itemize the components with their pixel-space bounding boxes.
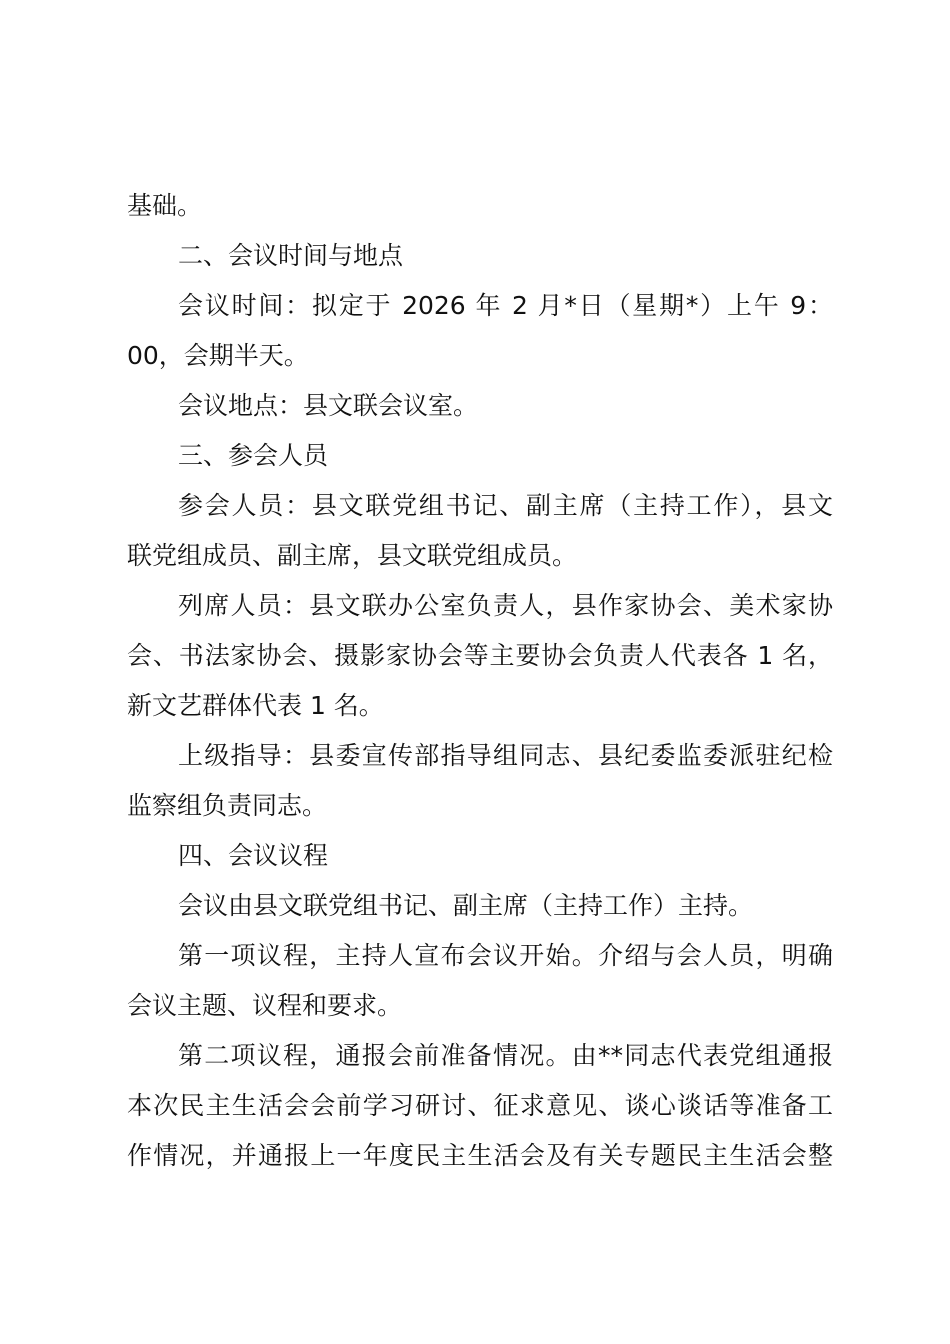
text-line: 会议主题、议程和要求。	[127, 981, 833, 1031]
text-line: 第一项议程，主持人宣布会议开始。介绍与会人员，明确	[127, 931, 833, 981]
text-line: 作情况，并通报上一年度民主生活会及有关专题民主生活会整	[127, 1131, 833, 1181]
text-line: 会、书法家协会、摄影家协会等主要协会负责人代表各 1 名，	[127, 631, 833, 681]
text-line: 第二项议程，通报会前准备情况。由**同志代表党组通报	[127, 1031, 833, 1081]
text-line: 联党组成员、副主席，县文联党组成员。	[127, 531, 833, 581]
text-line: 00，会期半天。	[127, 331, 833, 381]
section-heading-time-place: 二、会议时间与地点	[127, 231, 833, 281]
text-line: 会议时间：拟定于 2026 年 2 月*日（星期*）上午 9：	[127, 281, 833, 331]
text-line: 会议地点：县文联会议室。	[127, 381, 833, 431]
text-line: 新文艺群体代表 1 名。	[127, 681, 833, 731]
text-line: 列席人员：县文联办公室负责人，县作家协会、美术家协	[127, 581, 833, 631]
text-line: 会议由县文联党组书记、副主席（主持工作）主持。	[127, 881, 833, 931]
section-heading-attendees: 三、参会人员	[127, 431, 833, 481]
text-line: 基础。	[127, 181, 833, 231]
text-line: 上级指导：县委宣传部指导组同志、县纪委监委派驻纪检	[127, 731, 833, 781]
text-line: 监察组负责同志。	[127, 781, 833, 831]
text-line: 参会人员：县文联党组书记、副主席（主持工作），县文	[127, 481, 833, 531]
section-heading-agenda: 四、会议议程	[127, 831, 833, 881]
document-page: 基础。 二、会议时间与地点 会议时间：拟定于 2026 年 2 月*日（星期*）…	[127, 181, 833, 1181]
text-line: 本次民主生活会会前学习研讨、征求意见、谈心谈话等准备工	[127, 1081, 833, 1131]
